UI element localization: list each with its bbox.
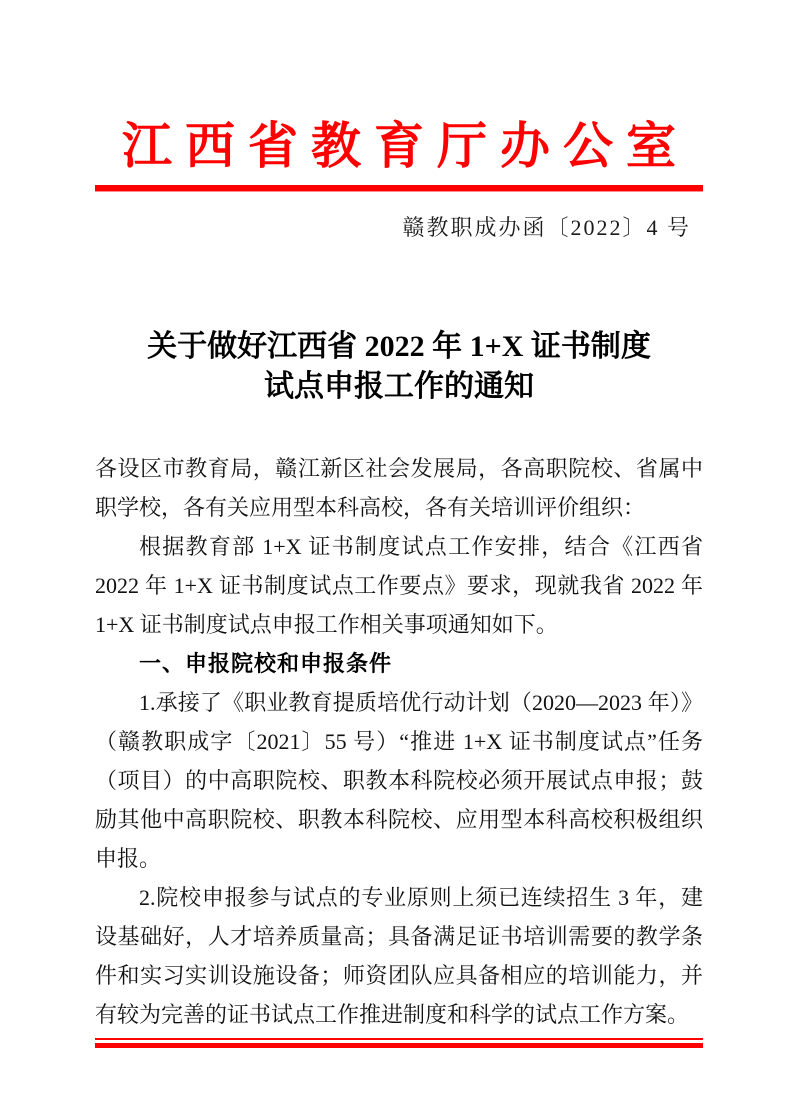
- document-title: 关于做好江西省 2022 年 1+X 证书制度 试点申报工作的通知: [95, 327, 703, 407]
- footer-divider: [95, 1038, 703, 1048]
- document-body: 各设区市教育局，赣江新区社会发展局，各高职院校、省属中职学校，各有关应用型本科高…: [95, 449, 703, 1034]
- section-1-heading: 一、申报院校和申报条件: [95, 644, 703, 683]
- document-reference-number: 赣教职成办函〔2022〕4 号: [95, 213, 703, 243]
- letterhead-org-name: 江西省教育厅办公室: [95, 0, 716, 176]
- item-1-paragraph: 1.承接了《职业教育提质培优行动计划（2020—2023 年）》（赣教职成字〔2…: [95, 683, 703, 878]
- intro-paragraph: 根据教育部 1+X 证书制度试点工作安排，结合《江西省 2022 年 1+X 证…: [95, 527, 703, 644]
- footer-divider-thick-line: [95, 1043, 703, 1048]
- document-content: 江西省教育厅办公室 赣教职成办函〔2022〕4 号 关于做好江西省 2022 年…: [95, 0, 703, 1048]
- footer-divider-thin-line: [95, 1038, 703, 1040]
- document-title-line1: 关于做好江西省 2022 年 1+X 证书制度: [95, 327, 703, 367]
- letterhead-divider: [95, 185, 703, 192]
- salutation-paragraph: 各设区市教育局，赣江新区社会发展局，各高职院校、省属中职学校，各有关应用型本科高…: [95, 449, 703, 527]
- document-title-line2: 试点申报工作的通知: [95, 367, 703, 407]
- item-2-paragraph: 2.院校申报参与试点的专业原则上须已连续招生 3 年，建设基础好，人才培养质量高…: [95, 878, 703, 1034]
- document-page: 江西省教育厅办公室 赣教职成办函〔2022〕4 号 关于做好江西省 2022 年…: [0, 0, 794, 1108]
